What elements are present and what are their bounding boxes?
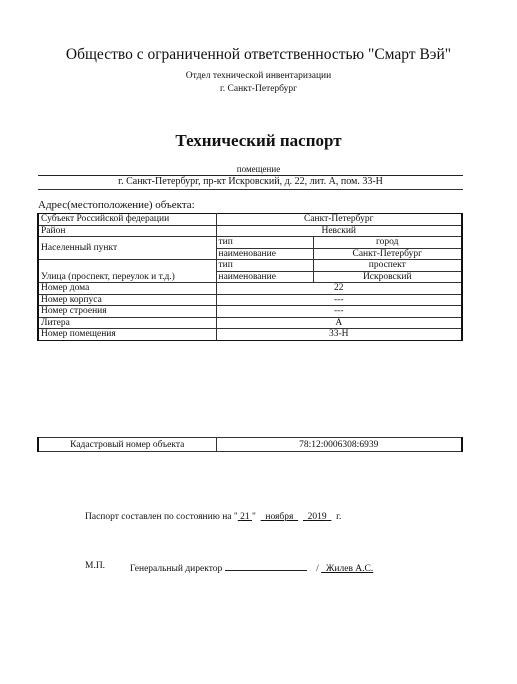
- row-value: проспект: [313, 260, 462, 272]
- row-label: Номер дома: [38, 283, 216, 295]
- department-name: Отдел технической инвентаризации: [0, 70, 517, 83]
- table-row: Субъект Российской федерации Санкт-Петер…: [38, 214, 462, 226]
- table-row: Литера А: [38, 317, 462, 329]
- sub-label: тип: [216, 260, 313, 272]
- date-month: ноября: [261, 512, 298, 522]
- row-value: город: [313, 237, 462, 249]
- object-type: помещение: [0, 164, 517, 174]
- date-suffix: г.: [336, 512, 341, 522]
- signer-name-value: Жилев А.С.: [326, 564, 373, 574]
- object-address: г. Санкт-Петербург, пр-кт Искровский, д.…: [38, 176, 463, 187]
- cadastral-label: Кадастровый номер объекта: [38, 438, 216, 452]
- year-value: 2019: [308, 512, 327, 522]
- row-label: Номер строения: [38, 306, 216, 318]
- row-label: Район: [38, 225, 216, 237]
- document-title: Технический паспорт: [0, 131, 517, 151]
- table-row: Кадастровый номер объекта 78:12:0006308:…: [38, 438, 462, 452]
- month-value: ноября: [265, 512, 293, 522]
- row-label: Номер корпуса: [38, 294, 216, 306]
- day-value: 21: [240, 512, 250, 522]
- stamp-label: М.П.: [85, 561, 105, 571]
- organization-name: Общество с ограниченной ответственностью…: [0, 46, 517, 64]
- cadastral-table: Кадастровый номер объекта 78:12:0006308:…: [37, 437, 463, 452]
- department-block: Отдел технической инвентаризации г. Санк…: [0, 70, 517, 96]
- sub-label: тип: [216, 237, 313, 249]
- table-row: Населенный пункт тип город: [38, 237, 462, 249]
- address-caption: Адрес(местоположение) объекта:: [38, 199, 195, 211]
- row-value: 33-Н: [216, 329, 462, 341]
- cadastral-number: 78:12:0006308:6939: [216, 438, 462, 452]
- department-city: г. Санкт-Петербург: [0, 83, 517, 96]
- separator: /: [316, 564, 319, 574]
- table-row: Номер дома 22: [38, 283, 462, 295]
- signature-blank: [225, 561, 307, 571]
- row-label: Субъект Российской федерации: [38, 214, 216, 226]
- address-table: Субъект Российской федерации Санкт-Петер…: [37, 213, 463, 341]
- signature-line: Генеральный директор / Жилев А.С.: [130, 561, 373, 574]
- row-value: Невский: [216, 225, 462, 237]
- row-value: ---: [216, 306, 462, 318]
- date-day: 21: [238, 512, 252, 522]
- divider: [38, 189, 463, 190]
- row-label: Населенный пункт: [38, 237, 216, 260]
- signer-position: Генеральный директор: [130, 564, 222, 574]
- row-label: Номер помещения: [38, 329, 216, 341]
- row-value: А: [216, 317, 462, 329]
- sub-label: наименование: [216, 271, 313, 283]
- date-prefix: Паспорт составлен по состоянию на: [85, 512, 232, 522]
- table-row: Район Невский: [38, 225, 462, 237]
- close-quote: ": [252, 512, 256, 522]
- row-value: Искровский: [313, 271, 462, 283]
- date-year: 2019: [303, 512, 332, 522]
- row-label: Литера: [38, 317, 216, 329]
- table-row: Номер помещения 33-Н: [38, 329, 462, 341]
- table-row: Улица (проспект, переулок и т.д.) тип пр…: [38, 260, 462, 272]
- row-value: 22: [216, 283, 462, 295]
- signer-name: Жилев А.С.: [321, 564, 373, 574]
- date-statement: Паспорт составлен по состоянию на " 21 "…: [85, 512, 341, 522]
- row-label: Улица (проспект, переулок и т.д.): [38, 260, 216, 283]
- row-value: Санкт-Петербург: [216, 214, 462, 226]
- row-value: ---: [216, 294, 462, 306]
- row-value: Санкт-Петербург: [313, 248, 462, 260]
- table-row: Номер строения ---: [38, 306, 462, 318]
- sub-label: наименование: [216, 248, 313, 260]
- table-row: Номер корпуса ---: [38, 294, 462, 306]
